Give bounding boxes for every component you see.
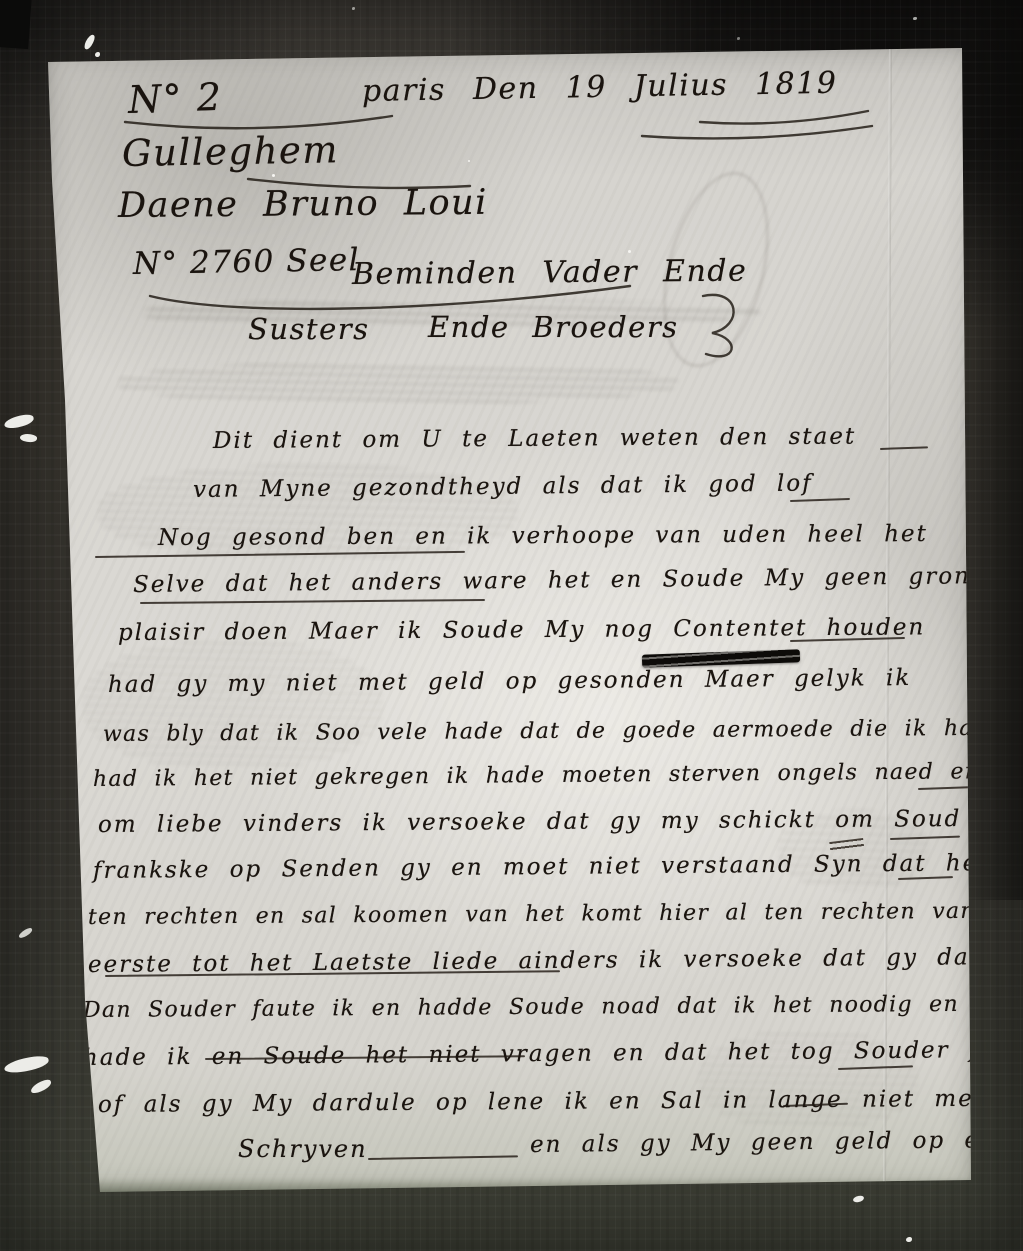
ink-dash [368, 1155, 518, 1160]
letter-place: Gulleghem [122, 128, 340, 175]
dust-speck [737, 37, 740, 40]
body-line: Dit dient om U te Laeten weten den staet [213, 424, 856, 454]
dust-speck [913, 17, 917, 20]
ink-bleedthrough [118, 362, 678, 404]
ink-dash [140, 599, 485, 604]
body-line: van Myne gezondtheyd als dat ik god lof [193, 471, 813, 503]
salutation-line2-left: Susters [248, 312, 370, 346]
body-line: Nog gesond ben en ik verhoope van uden h… [158, 521, 928, 551]
ink-dash [918, 786, 973, 790]
paper-speck [272, 174, 275, 177]
closing-rest: en als gy My geen geld op en Sene [530, 1126, 1023, 1158]
letter-dateline: paris Den 19 Julius 1819 [362, 66, 838, 109]
dust-speck [906, 1237, 912, 1242]
letter-registration: N° 2760 Seel [133, 242, 361, 282]
closing-word: Schryven [238, 1135, 368, 1163]
ink-bleedthrough [83, 640, 383, 770]
dust-speck [352, 7, 355, 10]
paper-speck [468, 160, 470, 162]
photo-of-letter: N° 2 paris Den 19 Julius 1819 Gulleghem … [0, 0, 1023, 1251]
dust-speck [3, 1054, 50, 1075]
background-shadow [963, 0, 1023, 900]
dust-speck [95, 52, 100, 57]
dust-speck [853, 1195, 865, 1203]
dust-speck [20, 433, 38, 443]
salutation-line2-right: Ende Broeders [428, 310, 679, 344]
body-line: Dan Souder faute ik en hadde Soude noad … [83, 992, 959, 1023]
background-dark-patch [0, 0, 32, 49]
letter-recipient: Daene Bruno Loui [118, 183, 488, 226]
ink-dash [880, 446, 928, 450]
body-line: was bly dat ik Soo vele hade dat de goed… [103, 716, 1018, 747]
dust-speck [29, 1078, 53, 1095]
body-line: ten rechten en sal koomen van het komt h… [88, 898, 1023, 930]
letter-number: N° 2 [127, 75, 223, 122]
dust-speck [3, 413, 35, 430]
paper-speck [628, 250, 631, 253]
dust-speck [83, 33, 96, 50]
body-line: Selve dat het anders ware het en Soude M… [133, 563, 988, 598]
underline-year-2 [642, 126, 872, 138]
ink-dash [790, 498, 850, 502]
underline-year-1 [700, 111, 868, 124]
dust-speck [18, 927, 34, 940]
salutation-line1: Beminden Vader Ende [352, 254, 748, 292]
letter-paper: N° 2 paris Den 19 Julius 1819 Gulleghem … [38, 40, 980, 1200]
crossed-out-word [642, 649, 800, 668]
